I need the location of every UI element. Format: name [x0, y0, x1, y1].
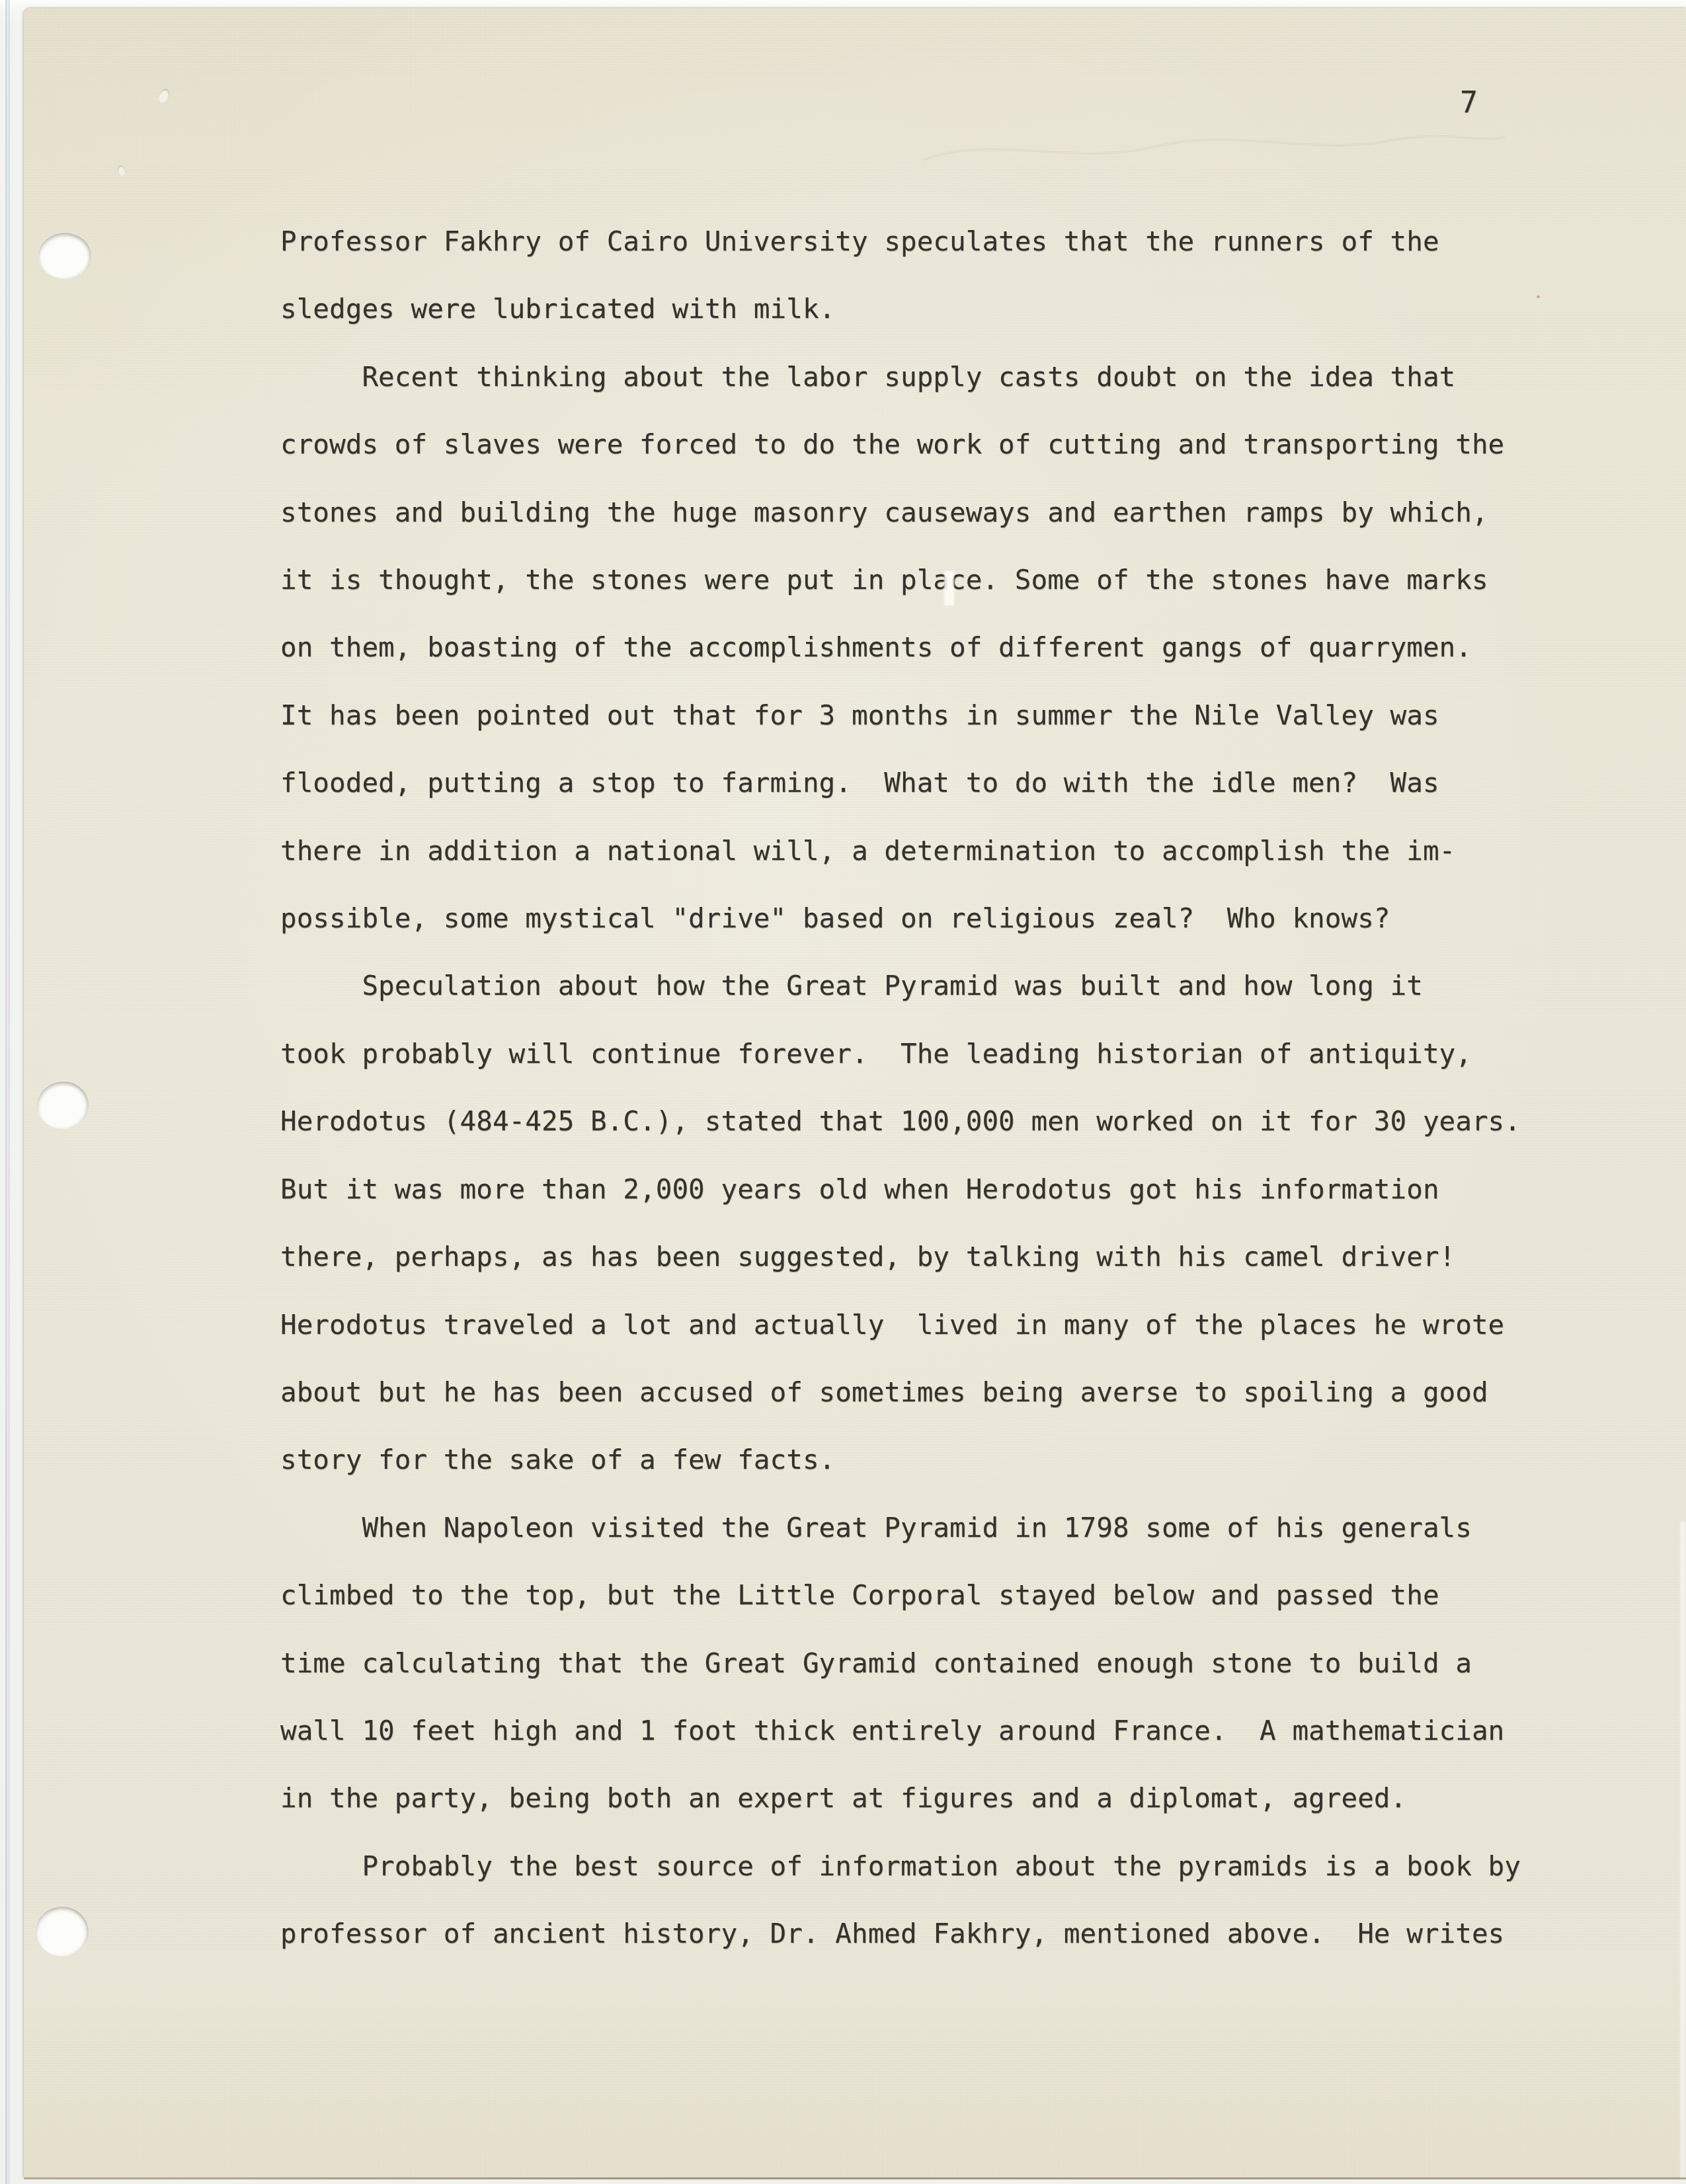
- text-line: Speculation about how the Great Pyramid …: [280, 952, 1603, 1019]
- typewritten-text: Professor Fakhry of Cairo University spe…: [280, 208, 1603, 1968]
- text-line: crowds of slaves were forced to do the w…: [280, 410, 1603, 478]
- paper-sheet: 7 Professor Fakhry of Cairo University s…: [24, 8, 1686, 2177]
- text-line: It has been pointed out that for 3 month…: [280, 682, 1603, 749]
- hole-punch-bottom: [36, 1906, 89, 1957]
- text-line: possible, some mystical "drive" based on…: [280, 884, 1603, 952]
- text-line: Probably the best source of information …: [280, 1832, 1603, 1900]
- text-line: stones and building the huge masonry cau…: [280, 479, 1603, 546]
- paper-chip-mark: [116, 165, 126, 176]
- text-line: climbed to the top, but the Little Corpo…: [280, 1561, 1603, 1629]
- text-line: took probably will continue forever. The…: [280, 1020, 1603, 1087]
- paper-right-edge-highlight: [1680, 1522, 1686, 2177]
- text-line: professor of ancient history, Dr. Ahmed …: [280, 1900, 1603, 1967]
- hole-punch-top: [38, 233, 91, 279]
- text-line: about but he has been accused of sometim…: [280, 1358, 1603, 1426]
- scanner-background: 7 Professor Fakhry of Cairo University s…: [0, 0, 1686, 2184]
- text-line: Herodotus traveled a lot and actually li…: [280, 1291, 1603, 1358]
- text-line: Herodotus (484-425 B.C.), stated that 10…: [280, 1087, 1603, 1155]
- page-number: 7: [1460, 87, 1478, 117]
- text-line: sledges were lubricated with milk.: [280, 275, 1603, 342]
- whiteout-mark: [944, 571, 954, 605]
- text-line: there in addition a national will, a det…: [280, 817, 1603, 884]
- paper-bottom-edge: [24, 2177, 1686, 2179]
- scanner-edge-color-artifact: [8, 0, 10, 2184]
- text-line: on them, boasting of the accomplishments…: [280, 613, 1603, 681]
- text-line: Recent thinking about the labor supply c…: [280, 343, 1603, 410]
- text-line: But it was more than 2,000 years old whe…: [280, 1155, 1603, 1223]
- text-line: there, perhaps, as has been suggested, b…: [280, 1223, 1603, 1290]
- text-line: Professor Fakhry of Cairo University spe…: [280, 208, 1603, 275]
- text-line: in the party, being both an expert at fi…: [280, 1764, 1603, 1832]
- text-line: When Napoleon visited the Great Pyramid …: [280, 1494, 1603, 1561]
- text-line: time calculating that the Great Gyramid …: [280, 1629, 1603, 1697]
- red-ink-speck: [1537, 295, 1540, 298]
- text-line: it is thought, the stones were put in pl…: [280, 546, 1603, 613]
- scanner-edge-line: [5, 0, 7, 2184]
- paper-chip-mark: [157, 87, 171, 104]
- text-line: story for the sake of a few facts.: [280, 1426, 1603, 1493]
- faint-pencil-marks: [916, 120, 1511, 180]
- text-line: wall 10 feet high and 1 foot thick entir…: [280, 1697, 1603, 1764]
- text-line: flooded, putting a stop to farming. What…: [280, 749, 1603, 816]
